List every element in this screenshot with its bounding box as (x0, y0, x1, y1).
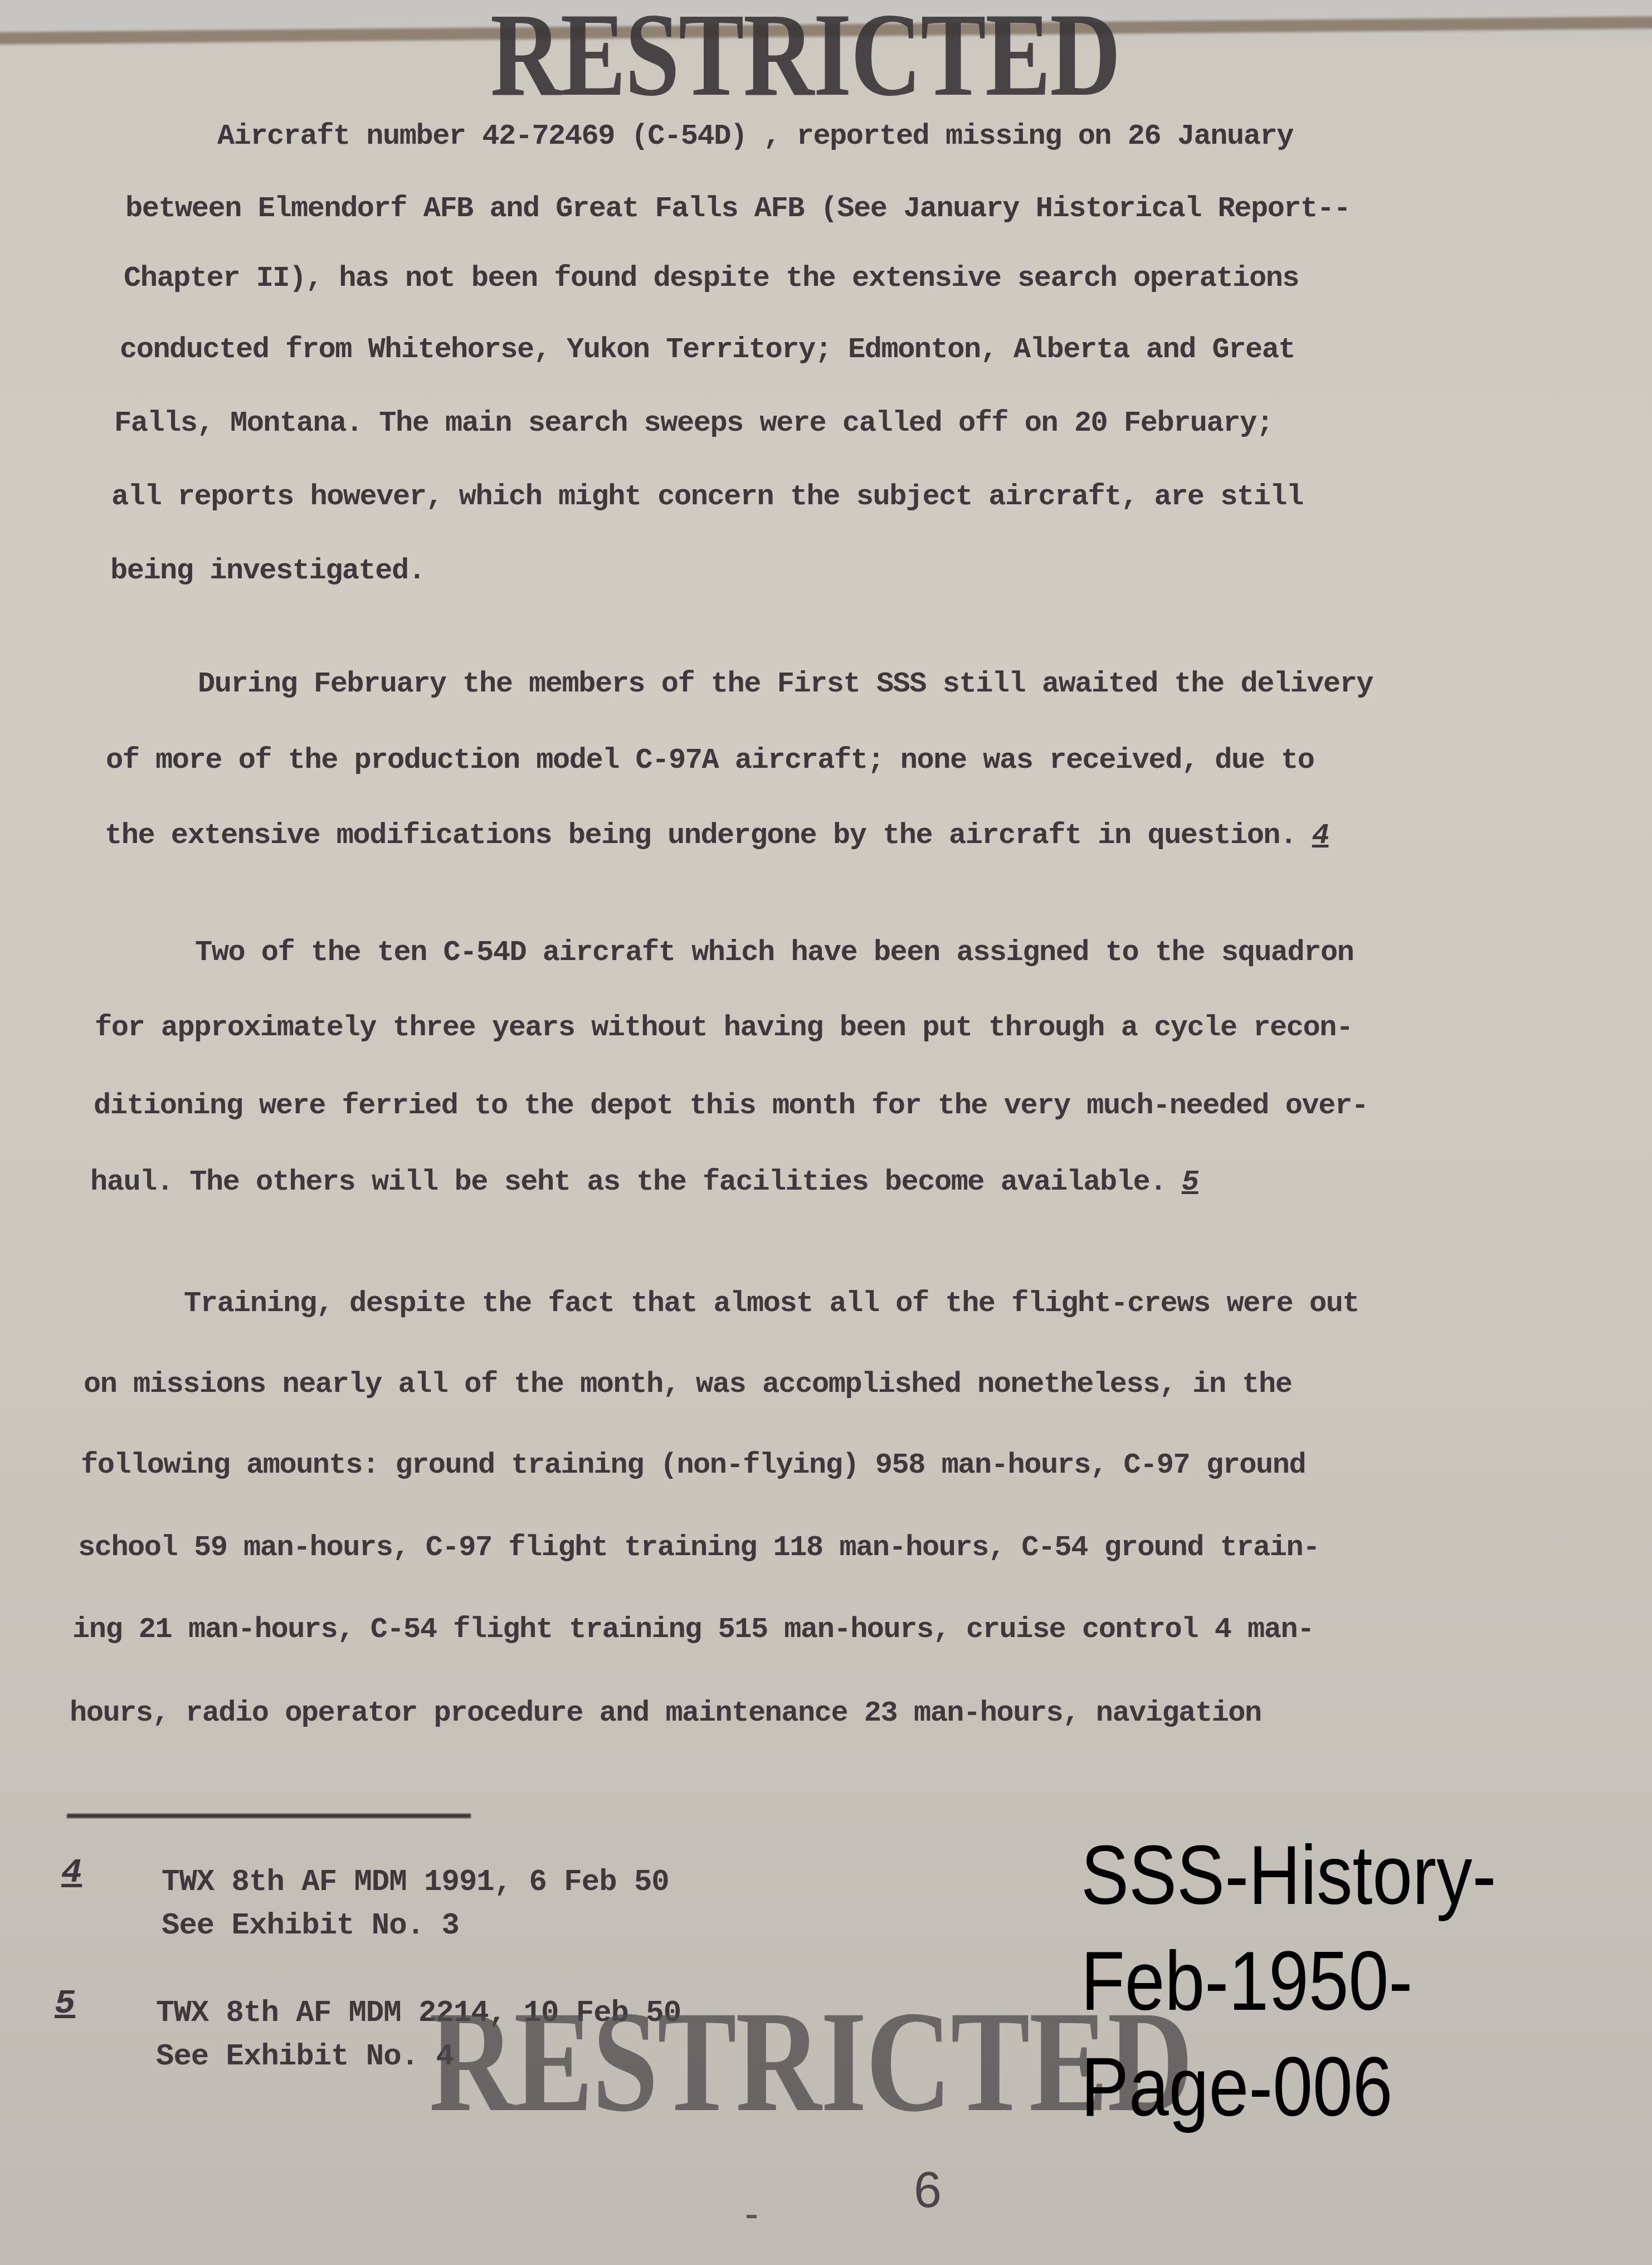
paragraph-4-line-5: ing 21 man-hours, C-54 flight training 5… (72, 1613, 1314, 1646)
paragraph-2-line-2: of more of the production model C-97A ai… (106, 744, 1314, 777)
footnote-4-number: 4 (61, 1853, 82, 1892)
footnote-ref-5: 5 (1182, 1166, 1198, 1199)
archive-label: SSS-History- Feb-1950- Page-006 (1081, 1822, 1496, 2140)
restricted-stamp-bottom: RESTRICTED (429, 1989, 1192, 2134)
paragraph-3-line-1: Two of the ten C-54D aircraft which have… (195, 936, 1353, 969)
paragraph-3-line-4-text: haul. The others will be seht as the fac… (90, 1166, 1166, 1199)
paragraph-3-line-3: ditioning were ferried to the depot this… (94, 1089, 1368, 1122)
paragraph-3-line-4: haul. The others will be seht as the fac… (90, 1166, 1198, 1199)
paragraph-4-line-3: following amounts: ground training (non-… (81, 1449, 1305, 1482)
archive-label-line-2: Feb-1950- (1081, 1928, 1496, 2034)
paragraph-1-line-3: Chapter II), has not been found despite … (124, 262, 1299, 295)
paragraph-1-line-2: between Elmendorf AFB and Great Falls AF… (125, 192, 1350, 225)
footnote-separator (67, 1814, 471, 1818)
restricted-stamp-top: RESTRICTED (490, 0, 1120, 114)
paragraph-1-line-6: all reports however, which might concern… (111, 480, 1303, 513)
footnote-4-text: TWX 8th AF MDM 1991, 6 Feb 50 See Exhibi… (162, 1861, 669, 1948)
paragraph-1-line-7: being investigated. (110, 554, 425, 587)
stray-mark (747, 2215, 757, 2218)
paragraph-1-line-5: Falls, Montana. The main search sweeps w… (114, 407, 1273, 440)
footnote-ref-4: 4 (1312, 819, 1329, 852)
paragraph-1-line-4: conducted from Whitehorse, Yukon Territo… (120, 333, 1295, 366)
archive-label-line-1: SSS-History- (1081, 1822, 1496, 1928)
paragraph-2-line-3-text: the extensive modifications being underg… (105, 819, 1297, 852)
paragraph-4-line-2: on missions nearly all of the month, was… (84, 1368, 1292, 1401)
page-number: 6 (914, 2162, 942, 2219)
paragraph-3-line-2: for approximately three years without ha… (95, 1011, 1353, 1044)
paragraph-4-line-1: Training, despite the fact that almost a… (184, 1287, 1359, 1320)
footnote-4-line-2: See Exhibit No. 3 (162, 1904, 669, 1948)
paragraph-4-line-6: hours, radio operator procedure and main… (70, 1697, 1261, 1730)
paragraph-2-line-1: During February the members of the First… (198, 668, 1373, 700)
paragraph-2-line-3: the extensive modifications being underg… (105, 819, 1328, 852)
archive-label-line-3: Page-006 (1081, 2034, 1496, 2140)
footnote-5-number: 5 (55, 1984, 75, 2023)
footnote-4-line-1: TWX 8th AF MDM 1991, 6 Feb 50 (162, 1861, 669, 1904)
paragraph-1-line-1: Aircraft number 42-72469 (C-54D) , repor… (217, 120, 1293, 153)
paragraph-4-line-4: school 59 man-hours, C-97 flight trainin… (78, 1531, 1319, 1564)
